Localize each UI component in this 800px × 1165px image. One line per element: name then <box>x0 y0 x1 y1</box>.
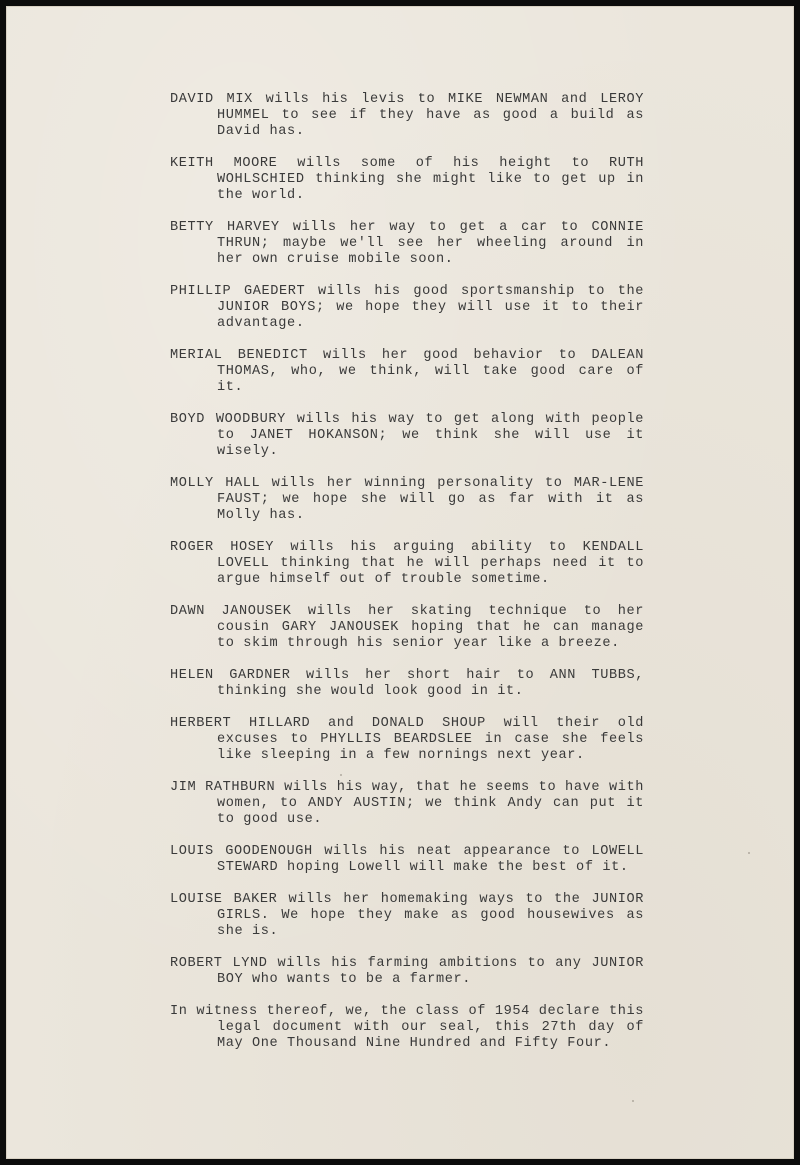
will-entry-louise-baker: LOUISE BAKER wills her homemaking ways t… <box>170 892 644 940</box>
will-entry-molly-hall: MOLLY HALL wills her winning personality… <box>170 476 644 524</box>
will-entry-herbert-hillard-donald-shoup: HERBERT HILLARD and DONALD SHOUP will th… <box>170 716 644 764</box>
will-entry-phillip-gaedert: PHILLIP GAEDERT wills his good sportsman… <box>170 284 644 332</box>
witness-clause: In witness thereof, we, the class of 195… <box>170 1004 644 1052</box>
will-entry-boyd-woodbury: BOYD WOODBURY wills his way to get along… <box>170 412 644 460</box>
will-entry-keith-moore: KEITH MOORE wills some of his height to … <box>170 156 644 204</box>
will-entry-merial-benedict: MERIAL BENEDICT wills her good behavior … <box>170 348 644 396</box>
paper-speck <box>632 1100 634 1102</box>
will-text-body: DAVID MIX wills his levis to MIKE NEWMAN… <box>170 92 644 1052</box>
will-entry-helen-gardner: HELEN GARDNER wills her short hair to AN… <box>170 668 644 700</box>
will-entry-betty-harvey: BETTY HARVEY wills her way to get a car … <box>170 220 644 268</box>
will-entry-jim-rathburn: JIM RATHBURN wills his way, that he seem… <box>170 780 644 828</box>
will-entry-david-mix: DAVID MIX wills his levis to MIKE NEWMAN… <box>170 92 644 140</box>
paper-speck <box>748 852 750 854</box>
will-entry-roger-hosey: ROGER HOSEY wills his arguing ability to… <box>170 540 644 588</box>
paper-speck <box>340 774 342 776</box>
document-page: DAVID MIX wills his levis to MIKE NEWMAN… <box>6 6 794 1159</box>
will-entry-robert-lynd: ROBERT LYND wills his farming ambitions … <box>170 956 644 988</box>
will-entry-dawn-janousek: DAWN JANOUSEK wills her skating techniqu… <box>170 604 644 652</box>
will-entry-louis-goodenough: LOUIS GOODENOUGH wills his neat appearan… <box>170 844 644 876</box>
